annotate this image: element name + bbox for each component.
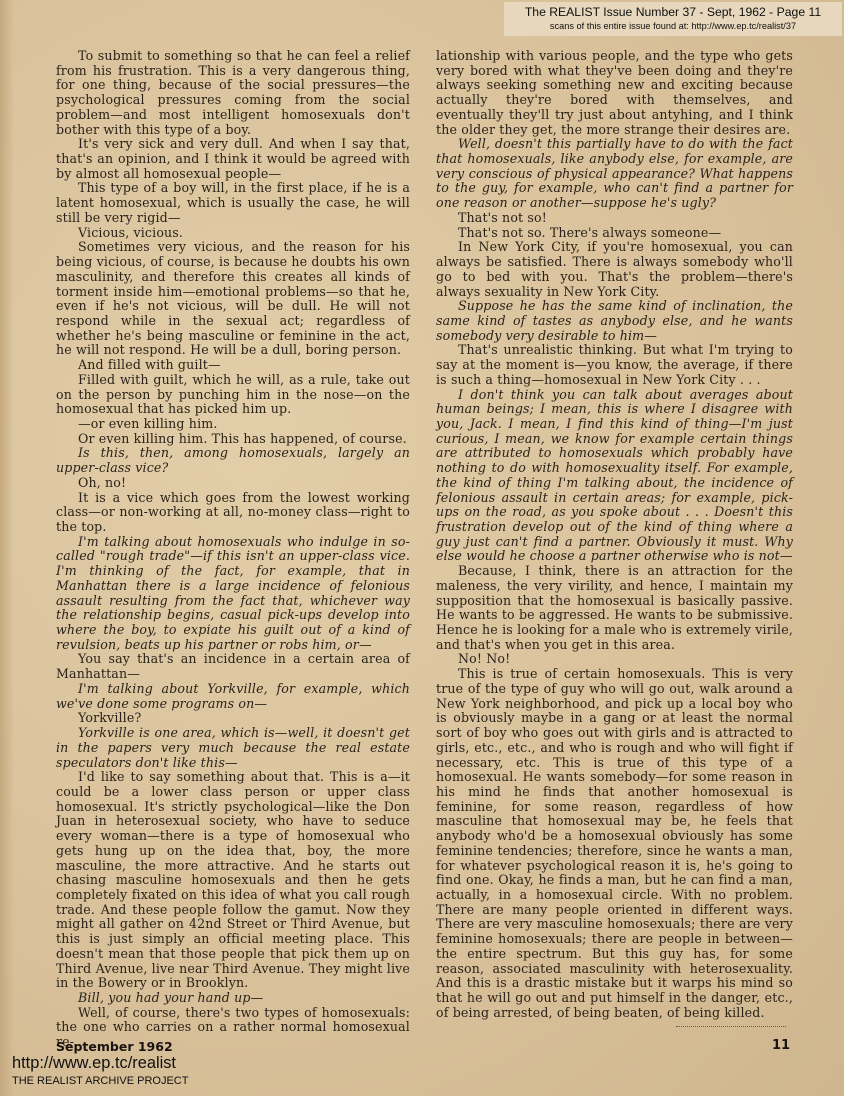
paragraph: It is a vice which goes from the lowest … [56, 491, 410, 535]
paragraph: You say that's an incidence in a certain… [56, 652, 410, 681]
question-paragraph: I'm talking about Yorkville, for example… [56, 682, 410, 711]
paragraph: Because, I think, there is an attraction… [436, 564, 793, 652]
paragraph: Filled with guilt, which he will, as a r… [56, 373, 410, 417]
archive-header: The REALIST Issue Number 37 - Sept, 1962… [504, 2, 842, 36]
paragraph: This is true of certain homosexuals. Thi… [436, 667, 793, 1020]
question-paragraph: Is this, then, among homosexuals, largel… [56, 446, 410, 475]
archive-project-label: THE REALIST ARCHIVE PROJECT [12, 1075, 188, 1087]
paragraph: —or even killing him. [56, 417, 410, 432]
paragraph: That's unrealistic thinking. But what I'… [436, 343, 793, 387]
header-subtitle: scans of this entire issue found at: htt… [504, 20, 842, 32]
paragraph: Vicious, vicious. [56, 226, 410, 241]
paragraph: To submit to something so that he can fe… [56, 49, 410, 137]
paragraph: And filled with guilt— [56, 358, 410, 373]
paragraph: It's very sick and very dull. And when I… [56, 137, 410, 181]
right-column: lationship with various people, and the … [436, 49, 793, 1020]
question-paragraph: Yorkville is one area, which is—well, it… [56, 726, 410, 770]
paragraph: In New York City, if you're homosexual, … [436, 240, 793, 299]
paragraph: lationship with various people, and the … [436, 49, 793, 137]
paragraph: I'd like to say something about that. Th… [56, 770, 410, 991]
question-paragraph: Bill, you had your hand up— [56, 991, 410, 1006]
paragraph: That's not so. There's always someone— [436, 226, 793, 241]
paragraph: No! No! [436, 652, 793, 667]
archive-url-link[interactable]: http://www.ep.tc/realist [12, 1054, 176, 1073]
left-column: To submit to something so that he can fe… [56, 49, 410, 1050]
question-paragraph: Well, doesn't this partially have to do … [436, 137, 793, 211]
paragraph: This type of a boy will, in the first pl… [56, 181, 410, 225]
page-number: 11 [772, 1038, 790, 1053]
end-rule-divider [676, 1026, 786, 1027]
paragraph: That's not so! [436, 211, 793, 226]
issue-date: September 1962 [56, 1039, 173, 1054]
header-title: The REALIST Issue Number 37 - Sept, 1962… [504, 2, 842, 20]
paragraph: Or even killing him. This has happened, … [56, 432, 410, 447]
question-paragraph: I don't think you can talk about average… [436, 388, 793, 565]
paragraph: Sometimes very vicious, and the reason f… [56, 240, 410, 358]
paragraph: Yorkville? [56, 711, 410, 726]
question-paragraph: I'm talking about homosexuals who indulg… [56, 535, 410, 653]
paragraph: Oh, no! [56, 476, 410, 491]
question-paragraph: Suppose he has the same kind of inclinat… [436, 299, 793, 343]
page-edge-shadow [0, 0, 14, 1096]
